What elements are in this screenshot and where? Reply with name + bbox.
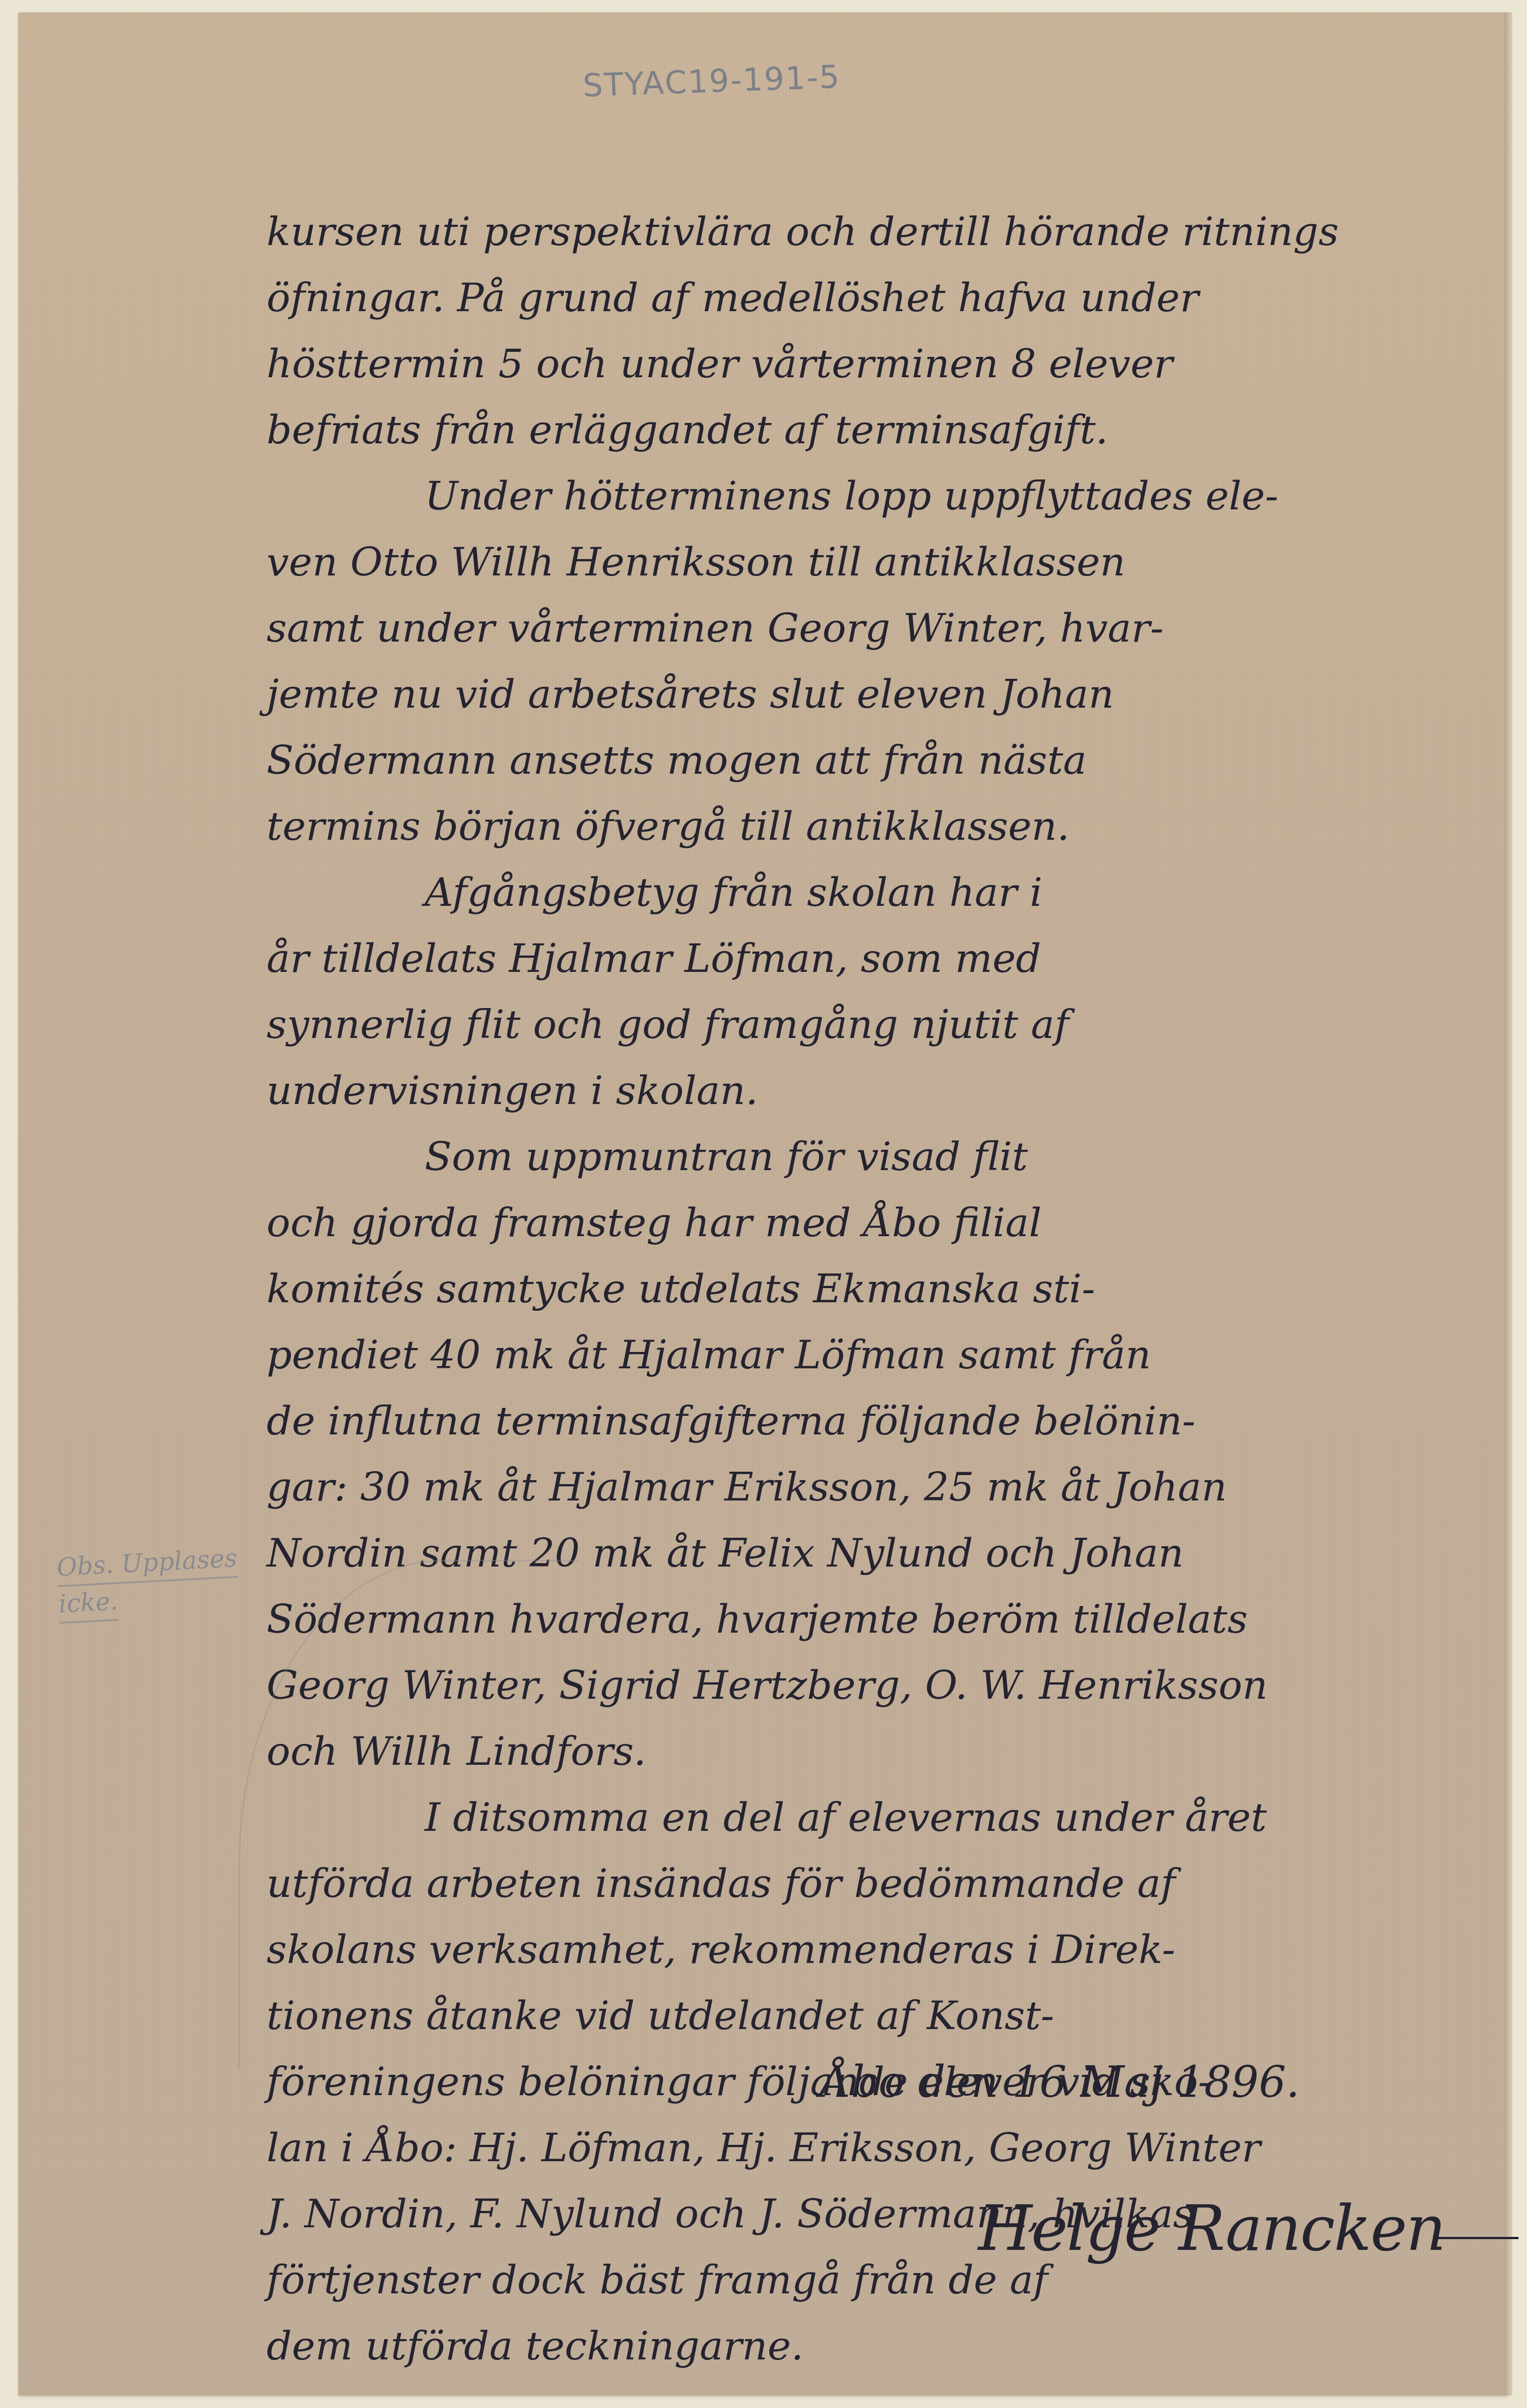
text-line: lan i Åbo: Hj. Löfman, Hj. Eriksson, Geo… <box>267 2115 1498 2181</box>
text-line: termins början öfvergå till antikklassen… <box>267 793 1498 860</box>
paragraph-start: Under hötterminens lopp uppflyttades ele… <box>267 463 1498 529</box>
text-line: pendiet 40 mk åt Hjalmar Löfman samt frå… <box>267 1322 1498 1388</box>
margin-note-line: Obs. Upplases <box>56 1541 238 1587</box>
margin-note-line: icke. <box>58 1584 119 1624</box>
date-line: Åbo den 16 Maj 1896. <box>820 2057 1299 2107</box>
text-line: gar: 30 mk åt Hjalmar Eriksson, 25 mk åt… <box>267 1454 1498 1520</box>
text-line: hösttermin 5 och under vårterminen 8 ele… <box>267 331 1498 397</box>
text-line: samt under vårterminen Georg Winter, hva… <box>267 595 1498 661</box>
text-line: undervisningen i skolan. <box>267 1058 1498 1124</box>
paragraph-start: Som uppmuntran för visad flit <box>267 1124 1498 1190</box>
text-line: och gjorda framsteg har med Åbo filial <box>267 1190 1498 1256</box>
text-line: dem utförda teckningarne. <box>267 2313 1498 2379</box>
paragraph-start: Afgångsbetyg från skolan har i <box>267 860 1498 926</box>
margin-pencil-note: Obs. Upplases icke. <box>56 1541 240 1624</box>
text-line: jemte nu vid arbetsårets slut eleven Joh… <box>267 661 1498 727</box>
text-line: komités samtycke utdelats Ekmanska sti- <box>267 1256 1498 1322</box>
text-line: Södermann ansetts mogen att från nästa <box>267 727 1498 793</box>
text-line: synnerlig flit och god framgång njutit a… <box>267 992 1498 1058</box>
archive-reference: STYAC19-191-5 <box>582 59 841 104</box>
text-line: de influtna terminsafgifterna följande b… <box>267 1388 1498 1454</box>
text-line: kursen uti perspektivlära och dertill hö… <box>267 199 1498 265</box>
manuscript-page: STYAC19-191-5 kursen uti perspektivlära … <box>18 12 1507 2396</box>
signature: Helge Rancken <box>978 2192 1445 2265</box>
text-line: ven Otto Willh Henriksson till antikklas… <box>267 529 1498 595</box>
text-line: öfningar. På grund af medellöshet hafva … <box>267 265 1498 331</box>
text-line: år tilldelats Hjalmar Löfman, som med <box>267 926 1498 992</box>
text-line: befriats från erläggandet af terminsafgi… <box>267 397 1498 463</box>
paper-torn-edge <box>1504 12 1512 2396</box>
